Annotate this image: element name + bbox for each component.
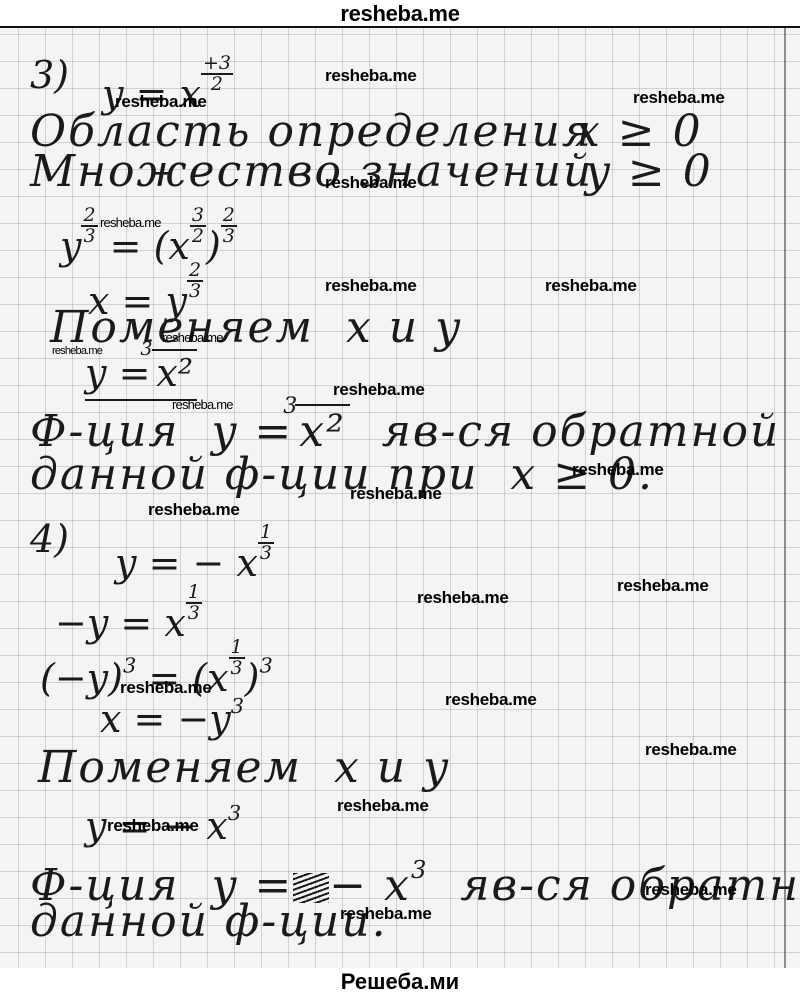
watermark: resheba.me <box>572 460 664 480</box>
problem-4-label: 4) <box>30 520 69 558</box>
watermark: resheba.me <box>350 484 442 504</box>
problem-3-result: y =3x² <box>85 354 197 392</box>
problem-4-conclusion-line-2: данной ф-ции. <box>30 900 388 944</box>
problem-3-label: 3) <box>30 56 69 94</box>
watermark: resheba.me <box>172 397 233 412</box>
watermark: resheba.me <box>162 330 223 345</box>
problem-4-step-3: x = −y3 <box>100 696 244 738</box>
notebook-page: 3) y = x+32 Область определения x ≥ 0 Мн… <box>0 28 800 968</box>
problem-3-conclusion-line-1: Ф-ция y =3x² яв-ся обратной <box>30 410 780 454</box>
watermark: resheba.me <box>617 576 709 596</box>
watermark: resheba.me <box>115 92 207 112</box>
watermark: resheba.me <box>645 880 737 900</box>
range-condition: y ≥ 0 <box>585 150 713 194</box>
watermark: resheba.me <box>148 500 240 520</box>
watermark: resheba.me <box>417 588 509 608</box>
site-header: resheba.me <box>0 0 800 26</box>
watermark: resheba.me <box>340 904 432 924</box>
problem-4-swap-text: Поменяем x и y <box>38 746 450 790</box>
watermark: resheba.me <box>445 690 537 710</box>
watermark: resheba.me <box>325 276 417 296</box>
watermark: resheba.me <box>100 215 161 230</box>
problem-4-step-1: −y = x13 <box>55 583 202 642</box>
page-margin-line <box>784 28 786 968</box>
watermark: resheba.me <box>333 380 425 400</box>
problem-3-swap-text: Поменяем x и y <box>50 306 462 350</box>
problem-3-conclusion-line-2: данной ф-ции при x ≥ 0. <box>30 453 654 497</box>
watermark: resheba.me <box>107 816 199 836</box>
watermark: resheba.me <box>545 276 637 296</box>
watermark: resheba.me <box>645 740 737 760</box>
watermark: resheba.me <box>325 173 417 193</box>
problem-4-equation: y = − x13 <box>115 523 274 582</box>
range-label: Множество значений <box>30 150 593 194</box>
watermark: resheba.me <box>120 678 212 698</box>
watermark: resheba.me <box>52 345 102 357</box>
watermark: resheba.me <box>633 88 725 108</box>
watermark: resheba.me <box>325 66 417 86</box>
watermark: resheba.me <box>337 796 429 816</box>
site-footer: Решеба.ми <box>0 968 800 995</box>
